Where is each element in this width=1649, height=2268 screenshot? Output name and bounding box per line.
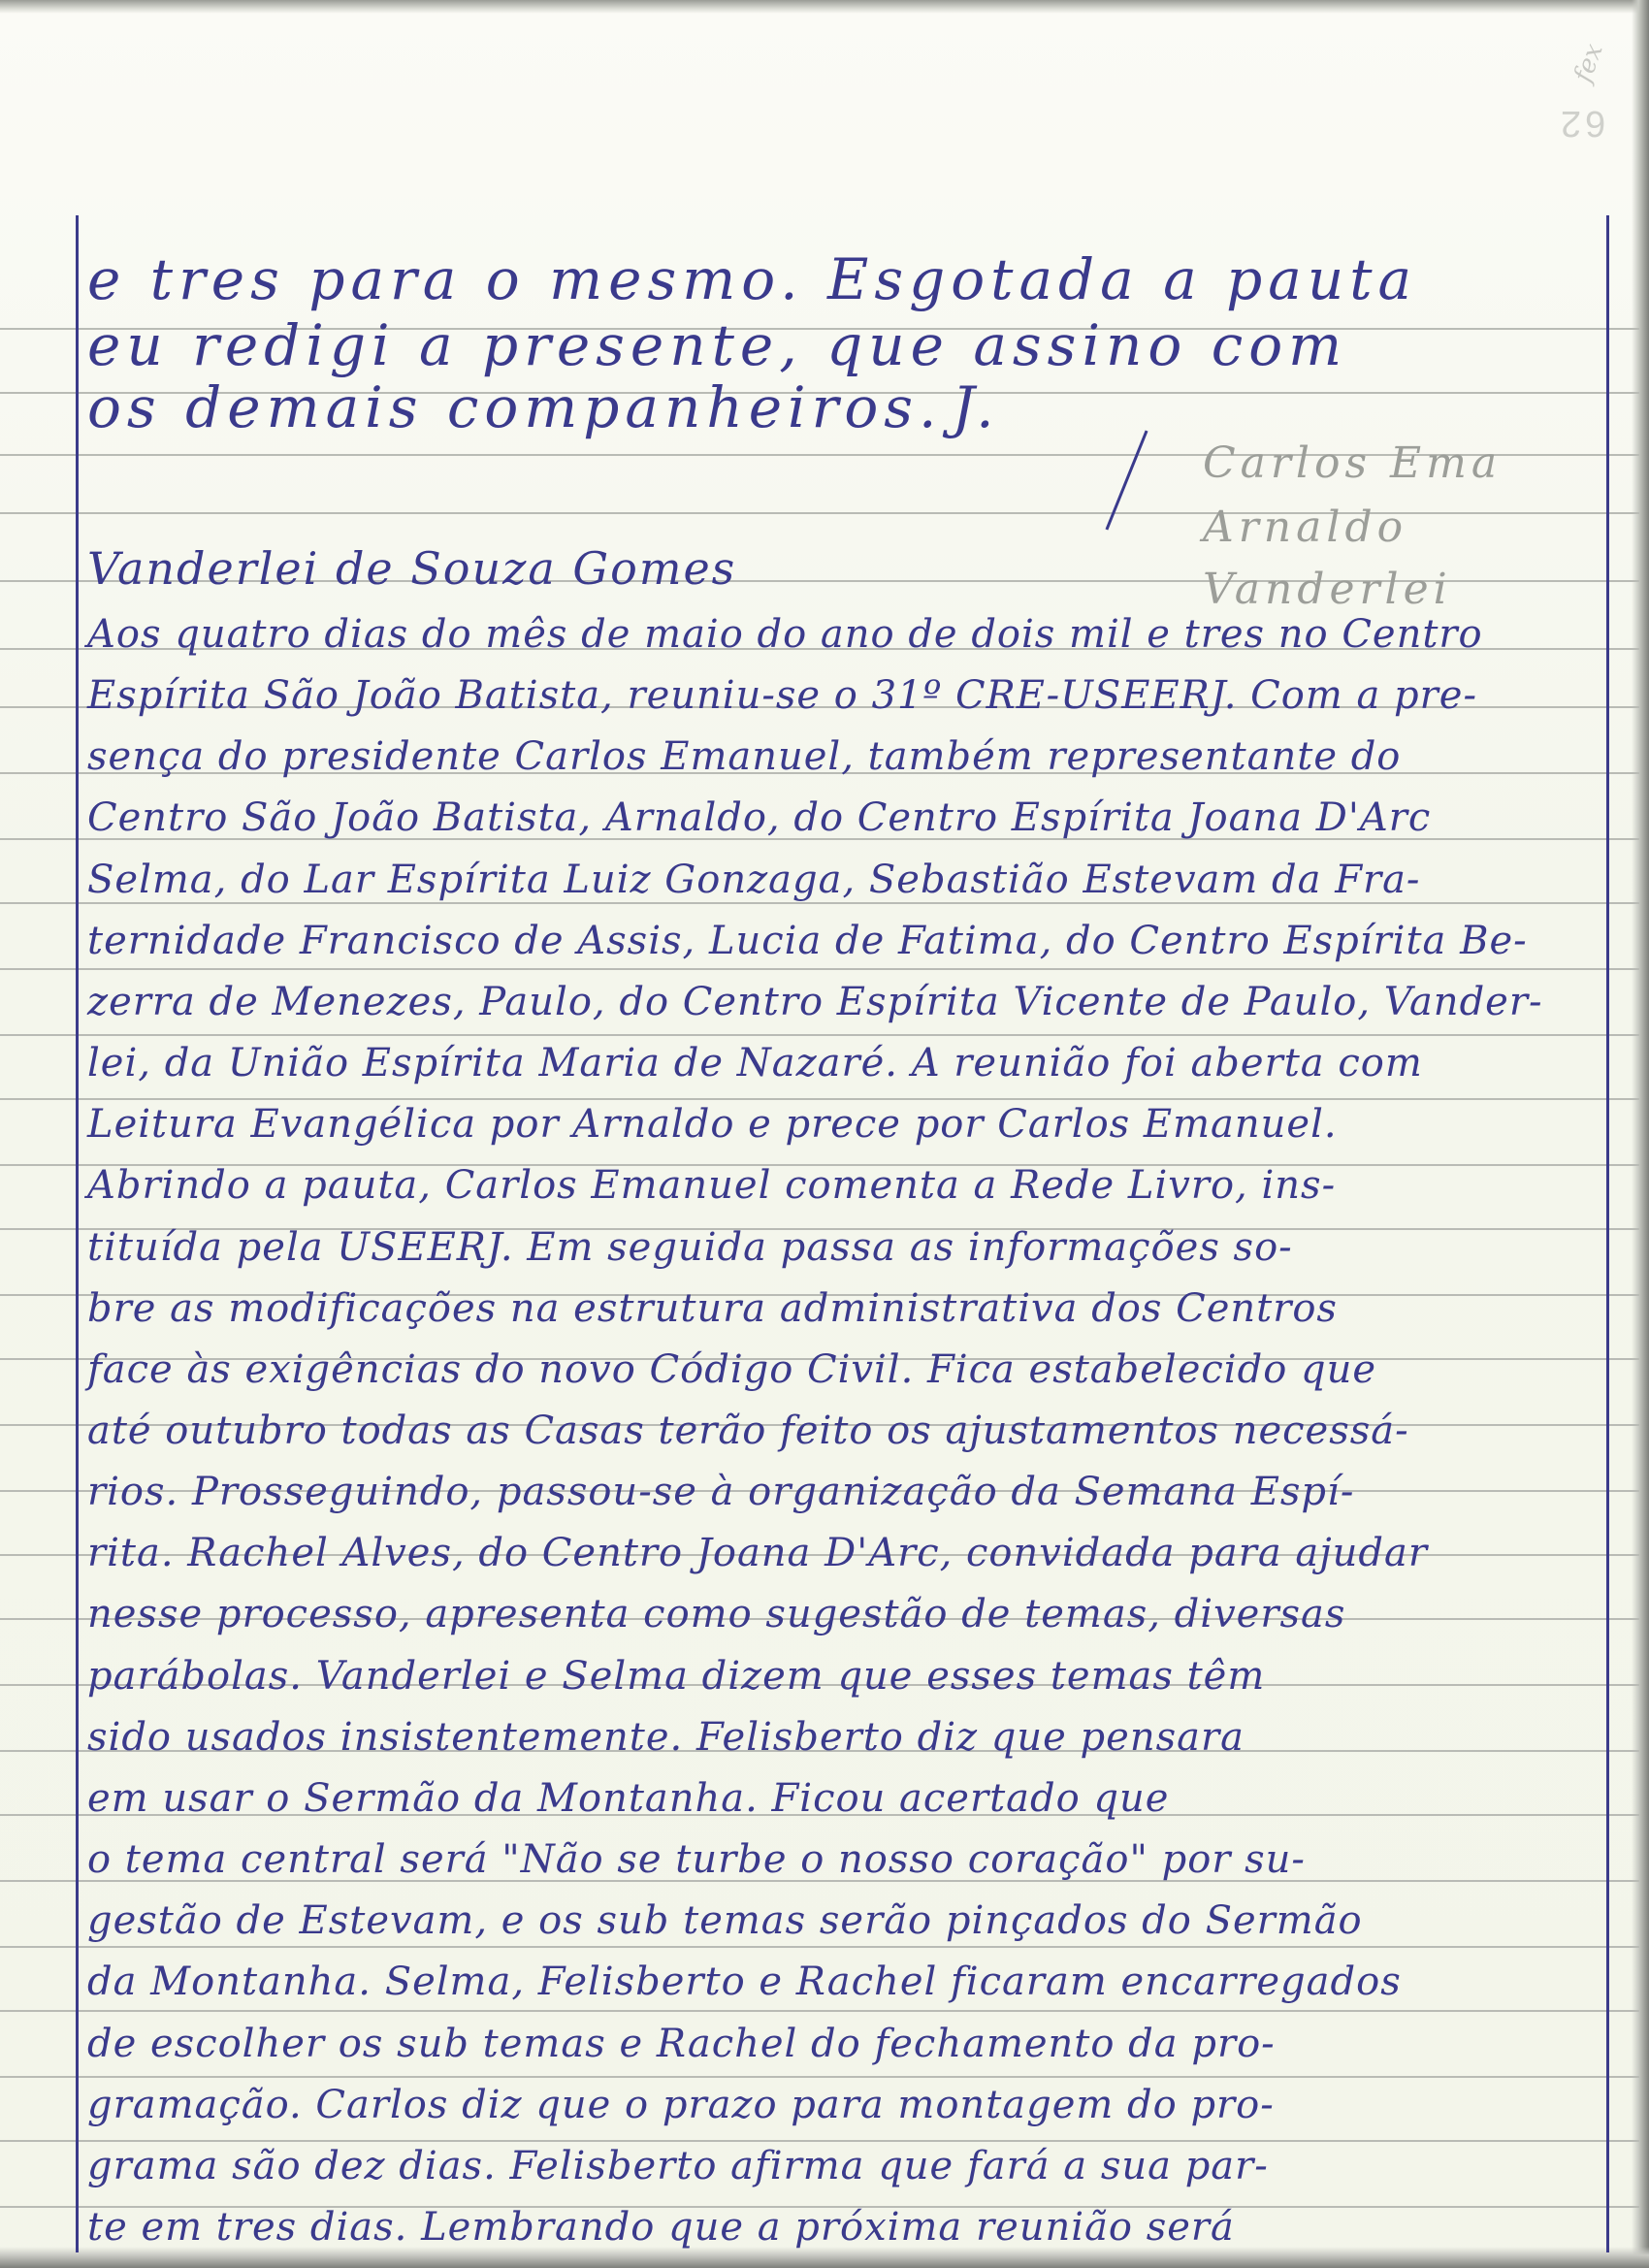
- body-line: zerra de Menezes, Paulo, do Centro Espír…: [87, 977, 1600, 1027]
- body-line: grama são dez dias. Felisberto afirma qu…: [87, 2141, 1600, 2191]
- body-line: Abrindo a pauta, Carlos Emanuel comenta …: [87, 1160, 1600, 1211]
- signatory-name: Vanderlei de Souza Gomes: [87, 543, 1600, 594]
- ruled-line: [0, 1034, 1639, 1036]
- separator-slash: [1106, 430, 1148, 530]
- scan-right-edge: [1632, 0, 1649, 2268]
- body-line: sido usados insistentemente. Felisberto …: [87, 1712, 1600, 1763]
- scan-top-edge: [0, 0, 1649, 14]
- continuation-line: eu redigi a presente, que assino com: [87, 320, 1600, 371]
- pencil-initial: fex: [1568, 40, 1609, 86]
- body-line: bre as modificações na estrutura adminis…: [87, 1283, 1600, 1334]
- signature-flourish: J.: [952, 374, 999, 440]
- body-line: rios. Prosseguindo, passou-se à organiza…: [87, 1467, 1600, 1517]
- body-line: te em tres dias. Lembrando que a próxima…: [87, 2202, 1600, 2252]
- ruled-line: [0, 968, 1639, 970]
- body-line: gramação. Carlos diz que o prazo para mo…: [87, 2080, 1600, 2130]
- notebook-page: fex 62 e tres para o mesmo. Esgotada a p…: [0, 0, 1649, 2268]
- body-line: o tema central será "Não se turbe o noss…: [87, 1834, 1600, 1885]
- continuation-line: e tres para o mesmo. Esgotada a pauta: [87, 254, 1600, 305]
- continuation-text: os demais companheiros.: [87, 374, 942, 440]
- body-line: da Montanha. Selma, Felisberto e Rachel …: [87, 1957, 1600, 2007]
- body-line: Selma, do Lar Espírita Luiz Gonzaga, Seb…: [87, 855, 1600, 905]
- body-line: Aos quatro dias do mês de maio do ano de…: [87, 609, 1600, 660]
- body-line: ternidade Francisco de Assis, Lucia de F…: [87, 916, 1600, 966]
- body-line: parábolas. Vanderlei e Selma dizem que e…: [87, 1651, 1600, 1701]
- continuation-line: os demais companheiros.J.: [87, 382, 1600, 433]
- body-line: até outubro todas as Casas terão feito o…: [87, 1406, 1600, 1456]
- ruled-line: [0, 2076, 1639, 2078]
- body-line: Espírita São João Batista, reuniu-se o 3…: [87, 670, 1600, 721]
- pencil-signature: Carlos Ema: [1203, 438, 1502, 488]
- body-line: face às exigências do novo Código Civil.…: [87, 1345, 1600, 1395]
- ruled-line: [0, 1946, 1639, 1948]
- body-line: lei, da União Espírita Maria de Nazaré. …: [87, 1038, 1600, 1088]
- body-line: em usar o Sermão da Montanha. Ficou acer…: [87, 1773, 1600, 1824]
- body-line: Leitura Evangélica por Arnaldo e prece p…: [87, 1099, 1600, 1150]
- body-line: Centro São João Batista, Arnaldo, do Cen…: [87, 793, 1600, 843]
- body-line: tituída pela USEERJ. Em seguida passa as…: [87, 1222, 1600, 1273]
- page-number: 62: [1557, 102, 1605, 144]
- body-line: sença do presidente Carlos Emanuel, tamb…: [87, 731, 1600, 782]
- body-line: nesse processo, apresenta como sugestão …: [87, 1589, 1600, 1639]
- body-line: rita. Rachel Alves, do Centro Joana D'Ar…: [87, 1528, 1600, 1578]
- left-margin-line: [76, 215, 79, 2252]
- body-line: gestão de Estevam, e os sub temas serão …: [87, 1895, 1600, 1946]
- body-line: de escolher os sub temas e Rachel do fec…: [87, 2019, 1600, 2069]
- ruled-line: [0, 2010, 1639, 2012]
- right-margin-line: [1606, 215, 1609, 2252]
